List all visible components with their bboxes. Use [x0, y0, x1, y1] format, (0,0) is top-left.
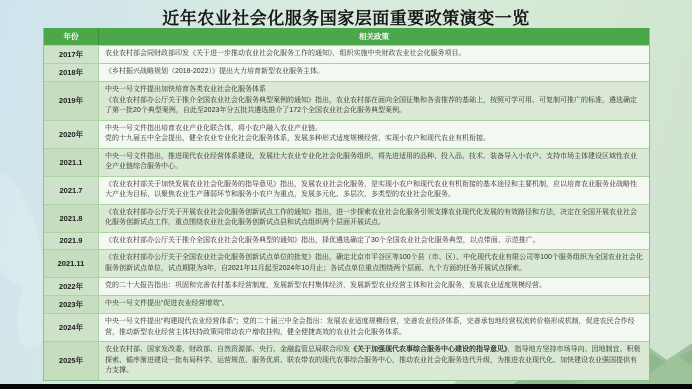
policy-segment: 农业农村部会同财政部印发《关于进一步推动农业社会化服务工作的通知》，组织实施中央…: [105, 50, 466, 57]
policy-cell: 中央一号文件提出加快培育各类农业社会化服务体系《农业农村部办公厅关于推介全国农业…: [99, 82, 649, 120]
year-cell: 2021.11: [44, 250, 99, 277]
table-row: 2020年中央一号文件指出培育农业产业化联合体，将小农户融入农业产业链。党的十九…: [44, 120, 649, 148]
bottom-bar: [0, 384, 692, 389]
policy-line: 中央一号文件提出“促进农业经营增效”。: [105, 299, 643, 310]
policy-line: 《农业农村部办公厅关于推介全国农业社会化服务典型的通知》指出，择优遴选确定了30…: [105, 236, 643, 247]
policy-segment: 《农业农村部办公厅关于推介全国农业社会化服务典型的通知》指出，择优遴选确定了30…: [105, 237, 540, 244]
table-row: 2021.8《农业农村部办公厅关于开展农业社会化服务创新试点工作的通知》指出，进…: [44, 204, 649, 232]
policy-text: 中央一号文件指出，推进现代农业经营体系建设，发展壮大农业专业化社会化服务组织，将…: [105, 152, 643, 173]
policy-cell: 农业农村部会同财政部印发《关于进一步推动农业社会化服务工作的通知》，组织实施中央…: [99, 46, 649, 63]
policy-line: 《农业农村部办公厅关于开展农业社会化服务创新试点工作的通知》指出，进一步探索农业…: [105, 208, 643, 229]
policy-text: 《农业农村部关于加快发展农业社会化服务的指导意见》指出，发展农业社会化服务，是实…: [105, 180, 643, 201]
policy-segment: 中央一号文件提出“促进农业经营增效”。: [105, 300, 229, 307]
policy-line: 《农业农村部办公厅关于全国农业社会化服务创新试点单位的批复》指出，确定北京市平谷…: [105, 253, 643, 274]
policy-segment: 中央一号文件提出“构建现代农业经营体系”；党的二十届三中全会指出：发展农业适度规…: [105, 318, 635, 336]
policy-line: 中央一号文件提出加快培育各类农业社会化服务体系: [105, 85, 643, 96]
year-cell: 2018年: [44, 64, 99, 81]
policy-cell: 《农业农村部办公厅关于推介全国农业社会化服务典型的通知》指出，择优遴选确定了30…: [99, 233, 649, 250]
table-header-row: 年份 相关政策: [44, 28, 649, 45]
table-row: 2019年中央一号文件提出加快培育各类农业社会化服务体系《农业农村部办公厅关于推…: [44, 81, 649, 120]
year-cell: 2021.9: [44, 233, 99, 250]
policy-text: 农业农村部、国家发改委、财政部、自然资源部、央行、金融监管总局联合印发《关于加强…: [105, 345, 643, 377]
policy-cell: 党的二十大报告指出：巩固和完善农村基本经营制度，发展新型农村集体经济，发展新型农…: [99, 278, 649, 295]
policy-text: 中央一号文件提出“促进农业经营增效”。: [105, 299, 643, 310]
policy-segment: 《乡村振兴战略规划（2018-2022）》提出大力培育新型农业服务主体。: [105, 68, 324, 75]
policy-cell: 中央一号文件提出“构建现代农业经营体系”；党的二十届三中全会指出：发展农业适度规…: [99, 314, 649, 341]
policy-segment: 《农业农村部办公厅关于开展农业社会化服务创新试点工作的通知》指出，进一步探索农业…: [105, 209, 637, 227]
table-row: 2021.11《农业农村部办公厅关于全国农业社会化服务创新试点单位的批复》指出，…: [44, 249, 649, 277]
policy-line: 《农业农村部关于加快发展农业社会化服务的指导意见》指出，发展农业社会化服务，是实…: [105, 180, 643, 201]
policy-text: 《农业农村部办公厅关于开展农业社会化服务创新试点工作的通知》指出，进一步探索农业…: [105, 208, 643, 229]
table-row: 2025年农业农村部、国家发改委、财政部、自然资源部、央行、金融监管总局联合印发…: [44, 341, 649, 380]
table-row: 2022年党的二十大报告指出：巩固和完善农村基本经营制度，发展新型农村集体经济，…: [44, 277, 649, 295]
year-cell: 2017年: [44, 46, 99, 63]
policy-text: 《农业农村部办公厅关于全国农业社会化服务创新试点单位的批复》指出，确定北京市平谷…: [105, 253, 643, 274]
table-body: 2017年农业农村部会同财政部印发《关于进一步推动农业社会化服务工作的通知》，组…: [44, 45, 649, 380]
year-cell: 2021.8: [44, 205, 99, 232]
policy-segment: 中央一号文件指出，推进现代农业经营体系建设，发展壮大农业专业化社会化服务组织，将…: [105, 153, 637, 171]
policy-text: 《乡村振兴战略规划（2018-2022）》提出大力培育新型农业服务主体。: [105, 67, 643, 78]
policy-segment: 《农业农村部办公厅关于全国农业社会化服务创新试点单位的批复》指出，确定北京市平谷…: [105, 254, 643, 272]
policy-table: 年份 相关政策 2017年农业农村部会同财政部印发《关于进一步推动农业社会化服务…: [43, 28, 650, 381]
policy-text: 中央一号文件提出加快培育各类农业社会化服务体系《农业农村部办公厅关于推介全国农业…: [105, 85, 643, 117]
policy-text: 农业农村部会同财政部印发《关于进一步推动农业社会化服务工作的通知》，组织实施中央…: [105, 49, 643, 60]
policy-line: 中央一号文件指出培育农业产业化联合体，将小农户融入农业产业链。: [105, 124, 643, 135]
policy-text: 中央一号文件提出“构建现代农业经营体系”；党的二十届三中全会指出：发展农业适度规…: [105, 317, 643, 338]
policy-segment: 农业农村部、国家发改委、财政部、自然资源部、央行、金融监管总局联合印发: [105, 346, 350, 353]
table-row: 2021.1中央一号文件指出，推进现代农业经营体系建设，发展壮大农业专业化社会化…: [44, 148, 649, 176]
policy-text: 中央一号文件指出培育农业产业化联合体，将小农户融入农业产业链。党的十九届五中全会…: [105, 124, 643, 145]
policy-line: 农业农村部会同财政部印发《关于进一步推动农业社会化服务工作的通知》，组织实施中央…: [105, 49, 643, 60]
year-cell: 2021.1: [44, 149, 99, 176]
policy-segment: 党的十九届五中全会提出，健全农业专业化社会化服务体系，发展多种形式适度规模经营，…: [105, 135, 490, 142]
policy-cell: 中央一号文件指出，推进现代农业经营体系建设，发展壮大农业专业化社会化服务组织，将…: [99, 149, 649, 176]
policy-segment: 党的二十大报告指出：巩固和完善农村基本经营制度，发展新型农村集体经济，发展新型农…: [105, 282, 546, 289]
policy-segment: 《农业农村部办公厅关于推介全国农业社会化服务典型案例的通知》指出，农业农村部在面…: [105, 97, 637, 115]
year-cell: 2021.7: [44, 177, 99, 204]
policy-line: 《农业农村部办公厅关于推介全国农业社会化服务典型案例的通知》指出，农业农村部在面…: [105, 96, 643, 117]
table-row: 2021.9《农业农村部办公厅关于推介全国农业社会化服务典型的通知》指出，择优遴…: [44, 232, 649, 250]
page-title: 近年农业社会化服务国家层面重要政策演变一览: [0, 4, 692, 29]
policy-segment: 中央一号文件提出加快培育各类农业社会化服务体系: [105, 86, 266, 93]
policy-cell: 《农业农村部关于加快发展农业社会化服务的指导意见》指出，发展农业社会化服务，是实…: [99, 177, 649, 204]
policy-line: 中央一号文件提出“构建现代农业经营体系”；党的二十届三中全会指出：发展农业适度规…: [105, 317, 643, 338]
policy-cell: 《农业农村部办公厅关于开展农业社会化服务创新试点工作的通知》指出，进一步探索农业…: [99, 205, 649, 232]
policy-line: 农业农村部、国家发改委、财政部、自然资源部、央行、金融监管总局联合印发《关于加强…: [105, 345, 643, 377]
policy-text: 党的二十大报告指出：巩固和完善农村基本经营制度，发展新型农村集体经济，发展新型农…: [105, 281, 643, 292]
column-header-policy: 相关政策: [99, 28, 649, 45]
policy-segment: 中央一号文件指出培育农业产业化联合体，将小农户融入农业产业链。: [105, 125, 322, 132]
policy-segment: 《关于加强现代农事综合服务中心建设的指导意见》: [350, 346, 508, 353]
table-row: 2024年中央一号文件提出“构建现代农业经营体系”；党的二十届三中全会指出：发展…: [44, 313, 649, 341]
table-row: 2021.7《农业农村部关于加快发展农业社会化服务的指导意见》指出，发展农业社会…: [44, 176, 649, 204]
year-cell: 2025年: [44, 342, 99, 380]
year-cell: 2024年: [44, 314, 99, 341]
table-row: 2018年《乡村振兴战略规划（2018-2022）》提出大力培育新型农业服务主体…: [44, 63, 649, 81]
policy-cell: 农业农村部、国家发改委、财政部、自然资源部、央行、金融监管总局联合印发《关于加强…: [99, 342, 649, 380]
policy-line: 《乡村振兴战略规划（2018-2022）》提出大力培育新型农业服务主体。: [105, 67, 643, 78]
year-cell: 2022年: [44, 278, 99, 295]
policy-cell: 《农业农村部办公厅关于全国农业社会化服务创新试点单位的批复》指出，确定北京市平谷…: [99, 250, 649, 277]
policy-cell: 中央一号文件指出培育农业产业化联合体，将小农户融入农业产业链。党的十九届五中全会…: [99, 121, 649, 148]
policy-cell: 《乡村振兴战略规划（2018-2022）》提出大力培育新型农业服务主体。: [99, 64, 649, 81]
policy-segment: 《农业农村部关于加快发展农业社会化服务的指导意见》指出，发展农业社会化服务，是实…: [105, 181, 637, 199]
policy-line: 党的十九届五中全会提出，健全农业专业化社会化服务体系，发展多种形式适度规模经营，…: [105, 134, 643, 145]
policy-cell: 中央一号文件提出“促进农业经营增效”。: [99, 296, 649, 313]
year-cell: 2020年: [44, 121, 99, 148]
policy-text: 《农业农村部办公厅关于推介全国农业社会化服务典型的通知》指出，择优遴选确定了30…: [105, 236, 643, 247]
year-cell: 2023年: [44, 296, 99, 313]
year-cell: 2019年: [44, 82, 99, 120]
policy-line: 党的二十大报告指出：巩固和完善农村基本经营制度，发展新型农村集体经济，发展新型农…: [105, 281, 643, 292]
table-row: 2023年中央一号文件提出“促进农业经营增效”。: [44, 295, 649, 313]
column-header-year: 年份: [44, 28, 99, 45]
policy-line: 中央一号文件指出，推进现代农业经营体系建设，发展壮大农业专业化社会化服务组织，将…: [105, 152, 643, 173]
table-row: 2017年农业农村部会同财政部印发《关于进一步推动农业社会化服务工作的通知》，组…: [44, 45, 649, 63]
